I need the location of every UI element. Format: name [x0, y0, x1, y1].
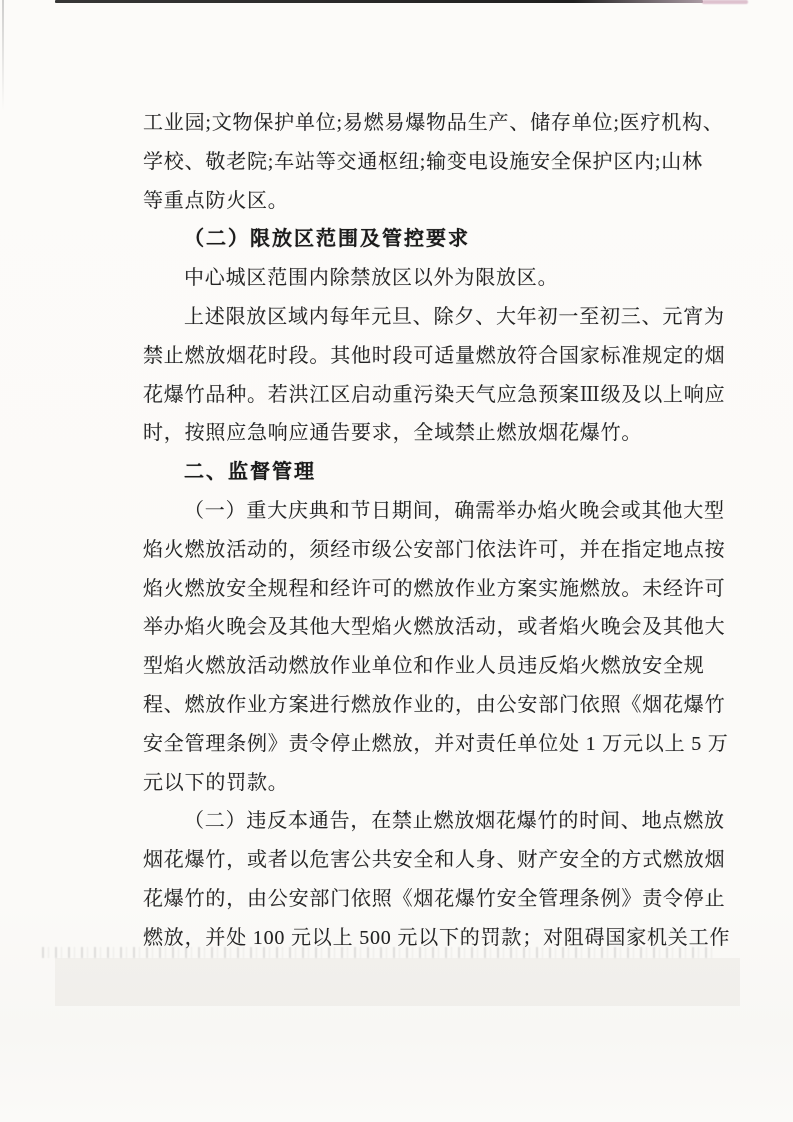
body-line: 花爆竹品种。若洪江区启动重污染天气应急预案Ⅲ级及以上响应	[143, 376, 743, 415]
scan-pink-smudge-artifact	[702, 0, 748, 4]
scan-noise-artifact	[42, 947, 714, 958]
body-line: （一）重大庆典和节日期间，确需举办焰火晚会或其他大型	[143, 492, 743, 531]
scan-left-edge-artifact	[2, 0, 4, 110]
body-line: 中心城区范围内除禁放区以外为限放区。	[143, 259, 743, 298]
document-page: 工业园;文物保护单位;易燃易爆物品生产、储存单位;医疗机构、 学校、敬老院;车站…	[0, 0, 793, 1122]
body-line: 花爆竹的，由公安部门依照《烟花爆竹安全管理条例》责令停止	[143, 880, 743, 919]
body-line: 安全管理条例》责令停止燃放，并对责任单位处 1 万元以上 5 万	[143, 725, 743, 764]
section-heading: 二、监督管理	[143, 453, 743, 492]
body-line: 型焰火燃放活动燃放作业单位和作业人员违反焰火燃放安全规	[143, 647, 743, 686]
body-line: 工业园;文物保护单位;易燃易爆物品生产、储存单位;医疗机构、	[143, 104, 743, 143]
body-line: 等重点防火区。	[143, 182, 743, 221]
body-line: 时，按照应急响应通告要求，全域禁止燃放烟花爆竹。	[143, 414, 743, 453]
scan-top-edge-artifact	[55, 0, 703, 3]
body-line: 禁止燃放烟花时段。其他时段可适量燃放符合国家标准规定的烟	[143, 337, 743, 376]
body-line: 元以下的罚款。	[143, 764, 743, 803]
section-heading: （二）限放区范围及管控要求	[143, 220, 743, 259]
document-body-text: 工业园;文物保护单位;易燃易爆物品生产、储存单位;医疗机构、 学校、敬老院;车站…	[143, 104, 743, 958]
body-line: 烟花爆竹，或者以危害公共安全和人身、财产安全的方式燃放烟	[143, 841, 743, 880]
body-line: 焰火燃放活动的，须经市级公安部门依法许可，并在指定地点按	[143, 531, 743, 570]
body-line: 学校、敬老院;车站等交通枢纽;输变电设施安全保护区内;山林	[143, 143, 743, 182]
body-line: 上述限放区域内每年元旦、除夕、大年初一至初三、元宵为	[143, 298, 743, 337]
body-line: 程、燃放作业方案进行燃放作业的，由公安部门依照《烟花爆竹	[143, 686, 743, 725]
body-line: （二）违反本通告，在禁止燃放烟花爆竹的时间、地点燃放	[143, 802, 743, 841]
scan-shade-artifact	[55, 958, 740, 1006]
body-line: 焰火燃放安全规程和经许可的燃放作业方案实施燃放。未经许可	[143, 570, 743, 609]
body-line: 举办焰火晚会及其他大型焰火燃放活动，或者焰火晚会及其他大	[143, 608, 743, 647]
